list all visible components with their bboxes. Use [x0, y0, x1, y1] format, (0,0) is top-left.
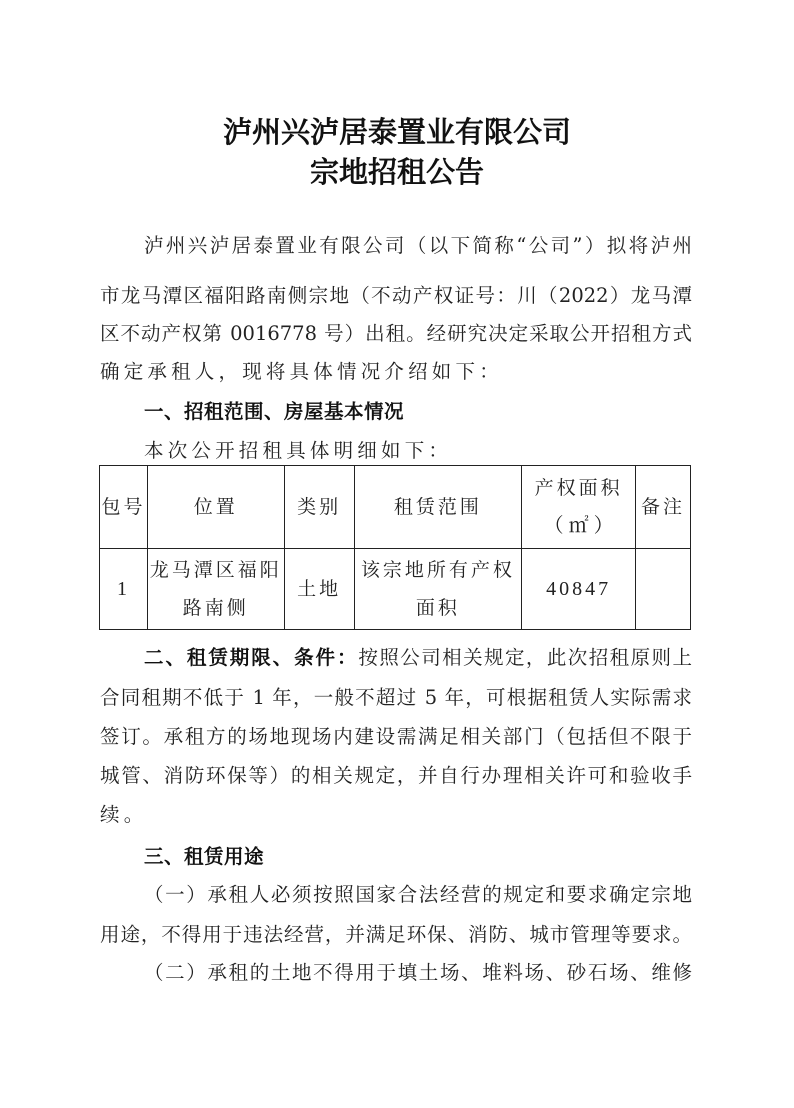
cell-area: 40847: [522, 549, 636, 630]
lease-detail-table: 包号 位置 类别 租赁范围 产权面积 （ ㎡ ） 备注 1 龙马潭区福阳 路南侧…: [99, 465, 691, 630]
table-row: 1 龙马潭区福阳 路南侧 土地 该宗地所有产权 面积 40847: [100, 549, 691, 630]
header-remarks: 备注: [636, 466, 691, 549]
section3-heading: 三、租赁用途: [144, 844, 264, 870]
document-title-line2: 宗地招租公告: [0, 150, 794, 191]
document-title-line1: 泸州兴泸居泰置业有限公司: [0, 110, 794, 151]
cell-lease-scope-line2: 面积: [355, 589, 522, 627]
section3-item1-line1: （一）承租人必须按照国家合法经营的规定和要求确定宗地: [144, 882, 692, 908]
header-area-unit: （ ㎡ ）: [522, 507, 635, 545]
section3-item2-line1: （二）承租的土地不得用于填土场、堆料场、砂石场、维修: [144, 960, 692, 986]
cell-package-no: 1: [100, 549, 148, 630]
header-package-no: 包号: [100, 466, 148, 549]
intro-line-2: 市龙马潭区福阳路南侧宗地（不动产权证号：川（2022）龙马潭: [100, 283, 692, 309]
table-header-row: 包号 位置 类别 租赁范围 产权面积 （ ㎡ ） 备注: [100, 466, 691, 549]
section2-heading: 二、租赁期限、条件：: [144, 646, 358, 669]
section2-line-5: 续。: [100, 802, 692, 828]
header-area-label: 产权面积: [522, 469, 635, 507]
section1-lead: 本次公开招租具体明细如下：: [144, 438, 736, 464]
header-category: 类别: [284, 466, 354, 549]
section2-line-1-text: 按照公司相关规定，此次招租原则上: [358, 646, 692, 669]
header-location: 位置: [147, 466, 284, 549]
section3-item1-line2: 用途，不得用于违法经营，并满足环保、消防、城市管理等要求。: [100, 922, 692, 948]
intro-line-3: 区不动产权第 0016778 号）出租。经研究决定采取公开招租方式: [100, 321, 692, 347]
section2-line-4: 城管、消防环保等）的相关规定，并自行办理相关许可和验收手: [100, 763, 692, 789]
section2-line-2: 合同租期不低于 1 年，一般不超过 5 年，可根据租赁人实际需求: [100, 685, 692, 711]
intro-line-4: 确定承租人，现将具体情况介绍如下：: [100, 359, 692, 385]
section2-line-3: 签订。承租方的场地现场内建设需满足相关部门（包括但不限于: [100, 724, 692, 750]
header-lease-scope: 租赁范围: [354, 466, 522, 549]
section2-line-1: 二、租赁期限、条件：按照公司相关规定，此次招租原则上: [144, 645, 692, 671]
cell-location-line1: 龙马潭区福阳: [148, 551, 284, 589]
cell-remarks: [636, 549, 691, 630]
cell-lease-scope-line1: 该宗地所有产权: [355, 551, 522, 589]
cell-location: 龙马潭区福阳 路南侧: [147, 549, 284, 630]
intro-line-1: 泸州兴泸居泰置业有限公司（以下简称“公司”）拟将泸州: [144, 233, 692, 259]
cell-location-line2: 路南侧: [148, 589, 284, 627]
cell-category: 土地: [284, 549, 354, 630]
section1-heading: 一、招租范围、房屋基本情况: [144, 399, 404, 425]
header-area: 产权面积 （ ㎡ ）: [522, 466, 636, 549]
cell-lease-scope: 该宗地所有产权 面积: [354, 549, 522, 630]
